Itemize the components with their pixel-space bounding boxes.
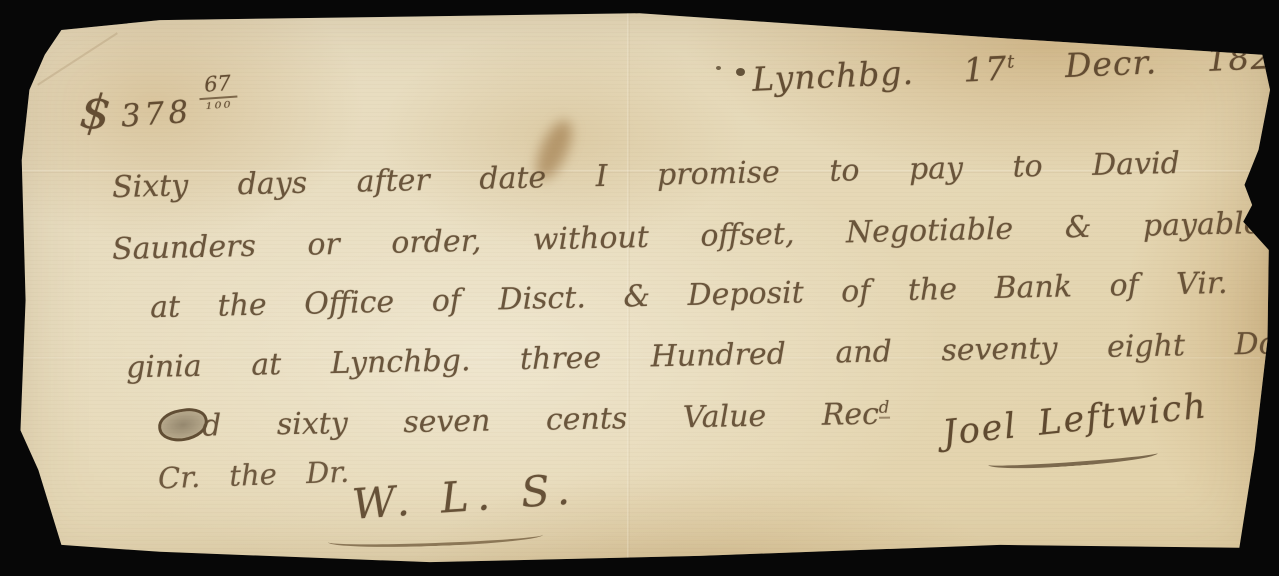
initials: W. L. S. [351, 464, 580, 529]
body-line-2: Saunders or order, without offset, Negot… [112, 206, 1262, 267]
body-line-5-text: sixty seven cents Value Rec [277, 397, 880, 443]
ink-blot: d [158, 408, 222, 444]
dateline-place: Lynchbg. [751, 53, 914, 99]
ink-speck [736, 68, 745, 76]
currency-symbol: $ [77, 83, 113, 142]
amount: $37867100 [78, 75, 240, 142]
ink-speck [716, 66, 721, 70]
body-line-1: Sixty days after date I promise to pay t… [112, 146, 1181, 205]
dateline-day-suffix: t [1007, 51, 1016, 72]
signature-flourish [988, 446, 1159, 472]
dateline-month: Decr. [1064, 42, 1158, 85]
amount-dollars: 378 [120, 94, 194, 135]
amount-cents-denominator: 100 [205, 99, 233, 111]
amount-cents-numerator: 67 [197, 71, 238, 101]
signature: Joel Leftwich [941, 386, 1210, 454]
dateline-year: 1823 [1206, 36, 1279, 79]
dateline: Lynchbg. 17t Decr. 1823 [751, 36, 1279, 99]
credit-line: Cr. the Dr. [157, 455, 349, 496]
body-line-5: d sixty seven cents Value Recd [158, 392, 890, 445]
corner-crease [37, 32, 118, 85]
dateline-day: 17t [962, 48, 1016, 89]
document-photo: Lynchbg. 17t Decr. 1823 $37867100 Sixty … [0, 0, 1279, 576]
body-line-3: at the Office of Disct. & Deposit of the… [150, 266, 1228, 325]
amount-cents-fraction: 67100 [197, 71, 238, 114]
paper-sheet: Lynchbg. 17t Decr. 1823 $37867100 Sixty … [0, 0, 1279, 576]
body-line-4: ginia at Lynchbg. three Hundred and seve… [126, 326, 1279, 386]
initials-flourish [328, 527, 543, 549]
dateline-day-number: 17 [962, 49, 1008, 90]
received-superscript: d [879, 398, 890, 419]
